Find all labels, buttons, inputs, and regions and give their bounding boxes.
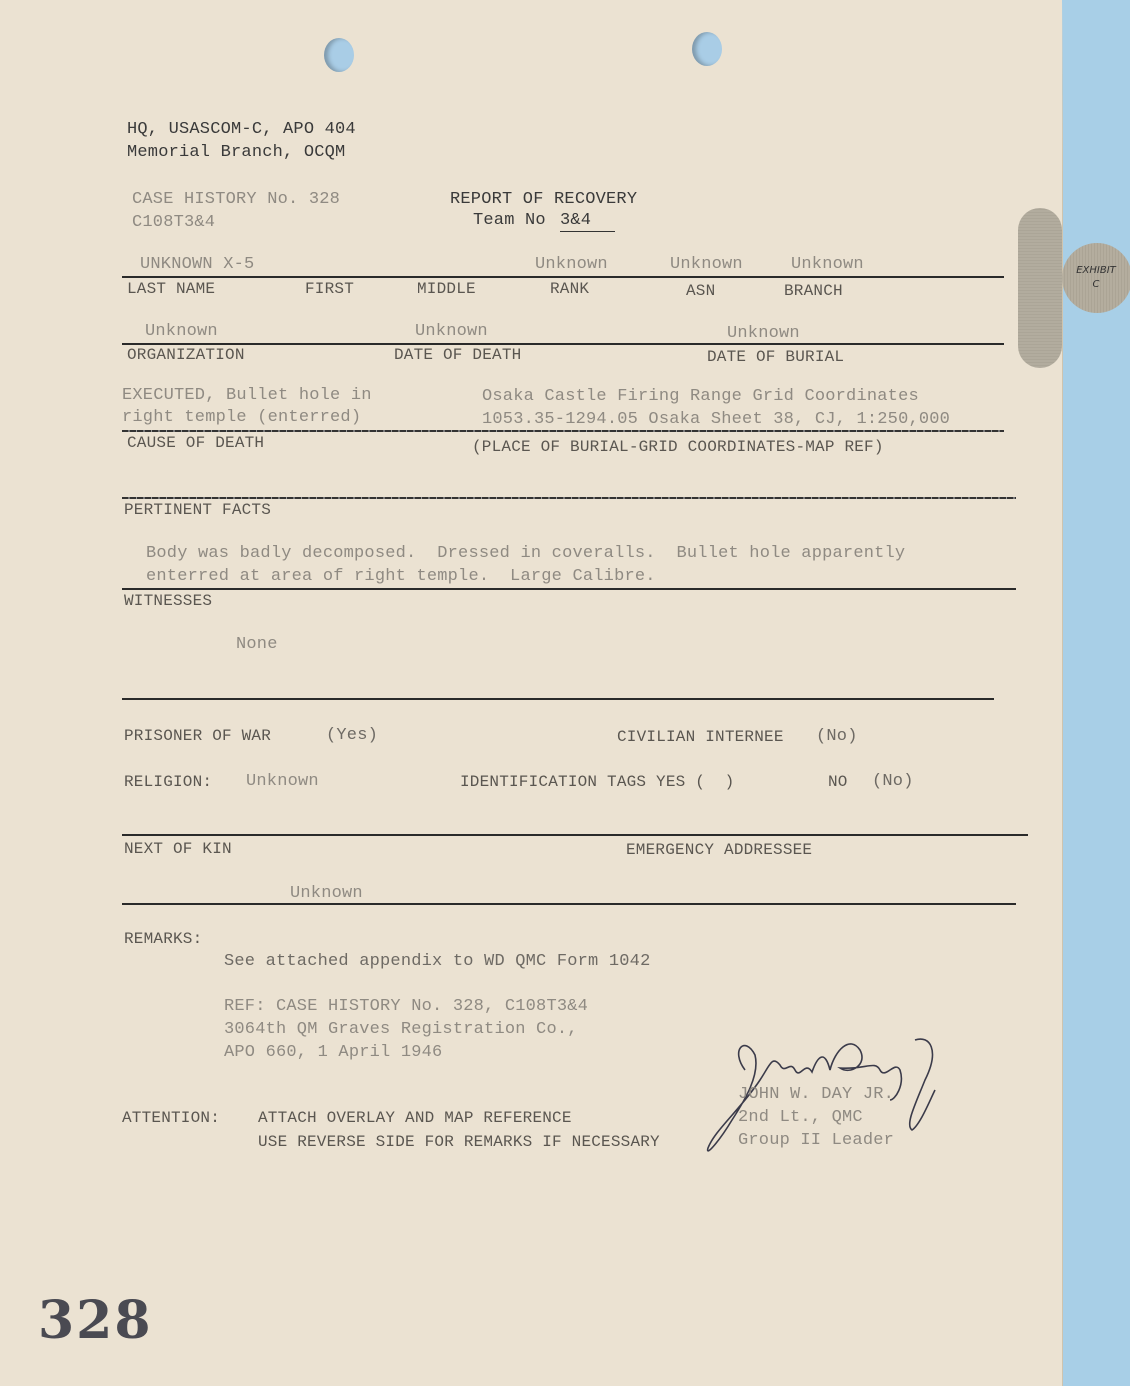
- case-code: C108T3&4: [132, 213, 215, 233]
- signer-name: JOHN W. DAY JR.: [738, 1085, 894, 1105]
- label-branch: BRANCH: [784, 281, 843, 301]
- label-next-of-kin: NEXT OF KIN: [124, 839, 232, 859]
- ref-line-3: APO 660, 1 April 1946: [224, 1043, 442, 1063]
- place-line-1: Osaka Castle Firing Range Grid Coordinat…: [482, 387, 919, 407]
- label-cause-of-death: CAUSE OF DEATH: [127, 433, 264, 453]
- religion-value: Unknown: [246, 772, 319, 792]
- divider: [122, 276, 1004, 278]
- organization-value: Unknown: [145, 322, 218, 342]
- label-asn: ASN: [686, 281, 715, 301]
- label-attention: ATTENTION:: [122, 1108, 220, 1128]
- ref-line-2: 3064th QM Graves Registration Co.,: [224, 1020, 578, 1040]
- label-organization: ORGANIZATION: [127, 345, 245, 365]
- case-history: CASE HISTORY No. 328: [132, 190, 340, 210]
- label-date-of-burial: DATE OF BURIAL: [707, 347, 844, 367]
- punch-hole: [324, 38, 354, 72]
- label-identification-tags: IDENTIFICATION TAGS YES ( ): [460, 772, 734, 792]
- cause-line-1: EXECUTED, Bullet hole in: [122, 386, 372, 406]
- attention-line-1: ATTACH OVERLAY AND MAP REFERENCE: [258, 1108, 572, 1128]
- page-number-stamp: 328: [38, 1290, 153, 1351]
- divider: [122, 497, 1016, 499]
- exhibit-tab: EXHIBIT C: [1062, 243, 1130, 313]
- team-value: 3&4: [560, 211, 615, 232]
- divider: [122, 834, 1028, 836]
- last-name-value: UNKNOWN X-5: [140, 255, 254, 275]
- witnesses-value: None: [236, 635, 278, 655]
- divider: [122, 430, 1004, 432]
- signer-rank: 2nd Lt., QMC: [738, 1108, 863, 1128]
- label-first: FIRST: [305, 279, 354, 299]
- civilian-value: (No): [816, 727, 858, 747]
- branch-value: Unknown: [791, 255, 864, 275]
- place-line-2: 1053.35-1294.05 Osaka Sheet 38, CJ, 1:25…: [482, 410, 950, 430]
- label-pertinent-facts: PERTINENT FACTS: [124, 500, 271, 520]
- label-tags-no: NO: [828, 772, 848, 792]
- divider: [122, 903, 1016, 905]
- rank-value: Unknown: [535, 255, 608, 275]
- date-of-death-value: Unknown: [415, 322, 488, 342]
- label-emergency-addressee: EMERGENCY ADDRESSEE: [626, 840, 812, 860]
- divider: [122, 588, 1016, 590]
- tape-strip: [1018, 208, 1062, 368]
- label-prisoner-of-war: PRISONER OF WAR: [124, 726, 271, 746]
- label-last-name: LAST NAME: [127, 279, 215, 299]
- date-of-burial-value: Unknown: [727, 324, 800, 344]
- label-religion: RELIGION:: [124, 772, 212, 792]
- remarks-line-1: See attached appendix to WD QMC Form 104…: [224, 952, 650, 972]
- divider: [122, 698, 994, 700]
- punch-hole: [692, 32, 722, 66]
- divider: [122, 343, 1004, 345]
- team-label: Team No: [473, 211, 546, 231]
- label-place-of-burial: (PLACE OF BURIAL-GRID COORDINATES-MAP RE…: [472, 437, 884, 457]
- facts-line-1: Body was badly decomposed. Dressed in co…: [146, 544, 905, 564]
- ref-line-1: REF: CASE HISTORY No. 328, C108T3&4: [224, 997, 588, 1017]
- exhibit-letter: C: [1062, 279, 1130, 290]
- cause-line-2: right temple (enterred): [122, 408, 361, 428]
- pow-value: (Yes): [326, 726, 378, 746]
- facts-line-2: enterred at area of right temple. Large …: [146, 567, 656, 587]
- label-middle: MIDDLE: [417, 279, 476, 299]
- signer-title: Group II Leader: [738, 1131, 894, 1151]
- label-remarks: REMARKS:: [124, 929, 202, 949]
- asn-value: Unknown: [670, 255, 743, 275]
- label-rank: RANK: [550, 279, 589, 299]
- header-line-2: Memorial Branch, OCQM: [127, 143, 345, 163]
- report-title: REPORT OF RECOVERY: [450, 190, 637, 210]
- header-line-1: HQ, USASCOM-C, APO 404: [127, 120, 356, 140]
- attention-line-2: USE REVERSE SIDE FOR REMARKS IF NECESSAR…: [258, 1132, 660, 1152]
- label-date-of-death: DATE OF DEATH: [394, 345, 521, 365]
- tags-no-value: (No): [872, 772, 914, 792]
- exhibit-label: EXHIBIT: [1062, 265, 1130, 276]
- label-witnesses: WITNESSES: [124, 591, 212, 611]
- label-civilian-internee: CIVILIAN INTERNEE: [617, 727, 784, 747]
- next-of-kin-value: Unknown: [290, 884, 363, 904]
